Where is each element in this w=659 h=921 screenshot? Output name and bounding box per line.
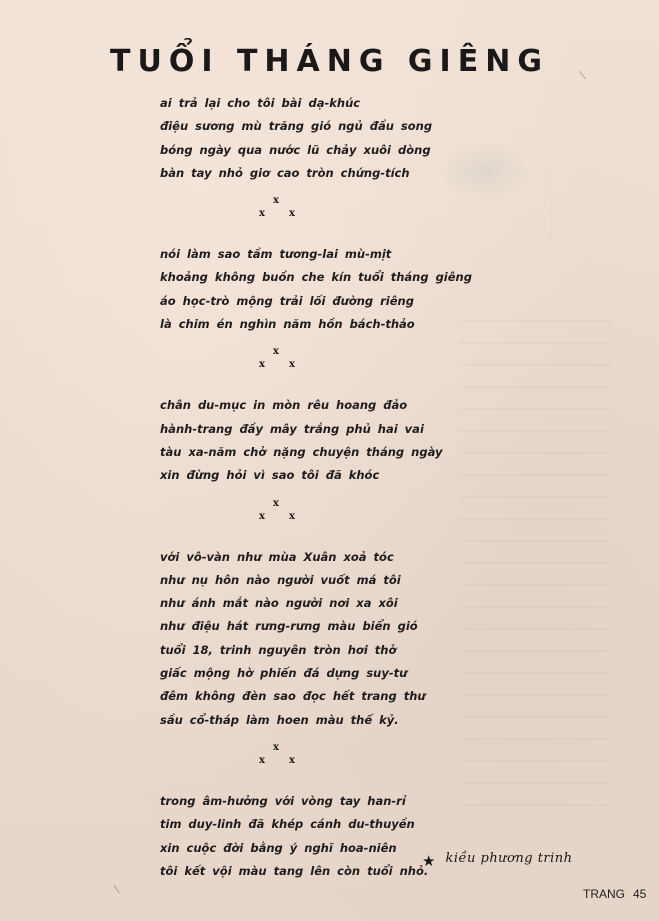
stanza-separator: x x x (160, 185, 480, 243)
magazine-page: TUỔI THÁNG GIÊNG ai trả lại cho tôi bài … (0, 0, 659, 921)
poem-line: giấc mộng hờ phiến đá dựng suy-tư (160, 662, 480, 685)
poem-line: nói làm sao tầm tương-lai mù-mịt (160, 243, 480, 266)
separator-mark: x (273, 195, 279, 206)
poem-line: hành-trang đầy mây trắng phủ hai vai (160, 418, 480, 441)
poem-line: điệu sương mù trăng gió ngủ đầu song (160, 115, 480, 138)
stanza: ai trả lại cho tôi bài dạ-khúc điệu sươn… (160, 92, 480, 185)
bleed-through-text (460, 320, 610, 820)
stanza-separator: x x x (160, 732, 480, 790)
poem-line: tim duy-linh đã khép cánh du-thuyền (160, 813, 480, 836)
stanza: nói làm sao tầm tương-lai mù-mịt khoảng … (160, 243, 480, 336)
separator-mark: x (273, 742, 279, 753)
author-name: kiều phương trinh (445, 851, 572, 866)
separator-mark: x (273, 498, 279, 509)
poem-line: như nụ hôn nào người vuốt má tôi (160, 569, 480, 592)
separator-mark: x (289, 755, 295, 766)
poem-line: chân du-mục in mòn rêu hoang đảo (160, 394, 480, 417)
stanza-separator: x x x (160, 488, 480, 546)
poem-line: tuổi 18, trinh nguyên tròn hơi thở (160, 639, 480, 662)
separator-mark: x (259, 359, 265, 370)
poem-line: áo học-trò mộng trải lối đường riêng (160, 290, 480, 313)
separator-mark: x (289, 208, 295, 219)
poem-line: tàu xa-năm chở nặng chuyện tháng ngày (160, 441, 480, 464)
stanza: với vô-vàn như mùa Xuân xoả tóc như nụ h… (160, 546, 480, 732)
page-footer: TRANG 45 (583, 887, 646, 901)
separator-mark: x (259, 208, 265, 219)
page-label: TRANG (583, 887, 625, 901)
poem-line: xin đừng hỏi vì sao tôi đã khóc (160, 464, 480, 487)
poem-line: như điệu hát rưng-rưng màu biển gió (160, 615, 480, 638)
poem-line: với vô-vàn như mùa Xuân xoả tóc (160, 546, 480, 569)
separator-mark: x (273, 346, 279, 357)
separator-mark: x (289, 511, 295, 522)
poem-line: là chim én nghìn năm hồn bách-thảo (160, 313, 480, 336)
poem-line: như ánh mắt nào người nơi xa xôi (160, 592, 480, 615)
star-icon: ★ (422, 854, 435, 869)
poem-line: bàn tay nhỏ giơ cao tròn chứng-tích (160, 162, 480, 185)
separator-mark: x (289, 359, 295, 370)
poem-body: ai trả lại cho tôi bài dạ-khúc điệu sươn… (160, 92, 480, 883)
author-signature: ★ kiều phương trinh (422, 848, 573, 869)
stanza-separator: x x x (160, 336, 480, 394)
poem-line: ai trả lại cho tôi bài dạ-khúc (160, 92, 480, 115)
poem-line: bóng ngày qua nước lũ chảy xuôi dòng (160, 139, 480, 162)
separator-mark: x (259, 511, 265, 522)
page-number: 45 (633, 887, 646, 901)
poem-line: trong âm-hưởng với vòng tay han-rỉ (160, 790, 480, 813)
separator-mark: x (259, 755, 265, 766)
stanza: chân du-mục in mòn rêu hoang đảo hành-tr… (160, 394, 480, 487)
poem-line: đêm không đèn sao đọc hết trang thư (160, 685, 480, 708)
poem-line: sầu cổ-tháp làm hoen màu thế kỷ. (160, 709, 480, 732)
paper-speck (113, 885, 120, 894)
poem-line: khoảng không buồn che kín tuổi tháng giê… (160, 266, 480, 289)
poem-title: TUỔI THÁNG GIÊNG (0, 44, 659, 79)
